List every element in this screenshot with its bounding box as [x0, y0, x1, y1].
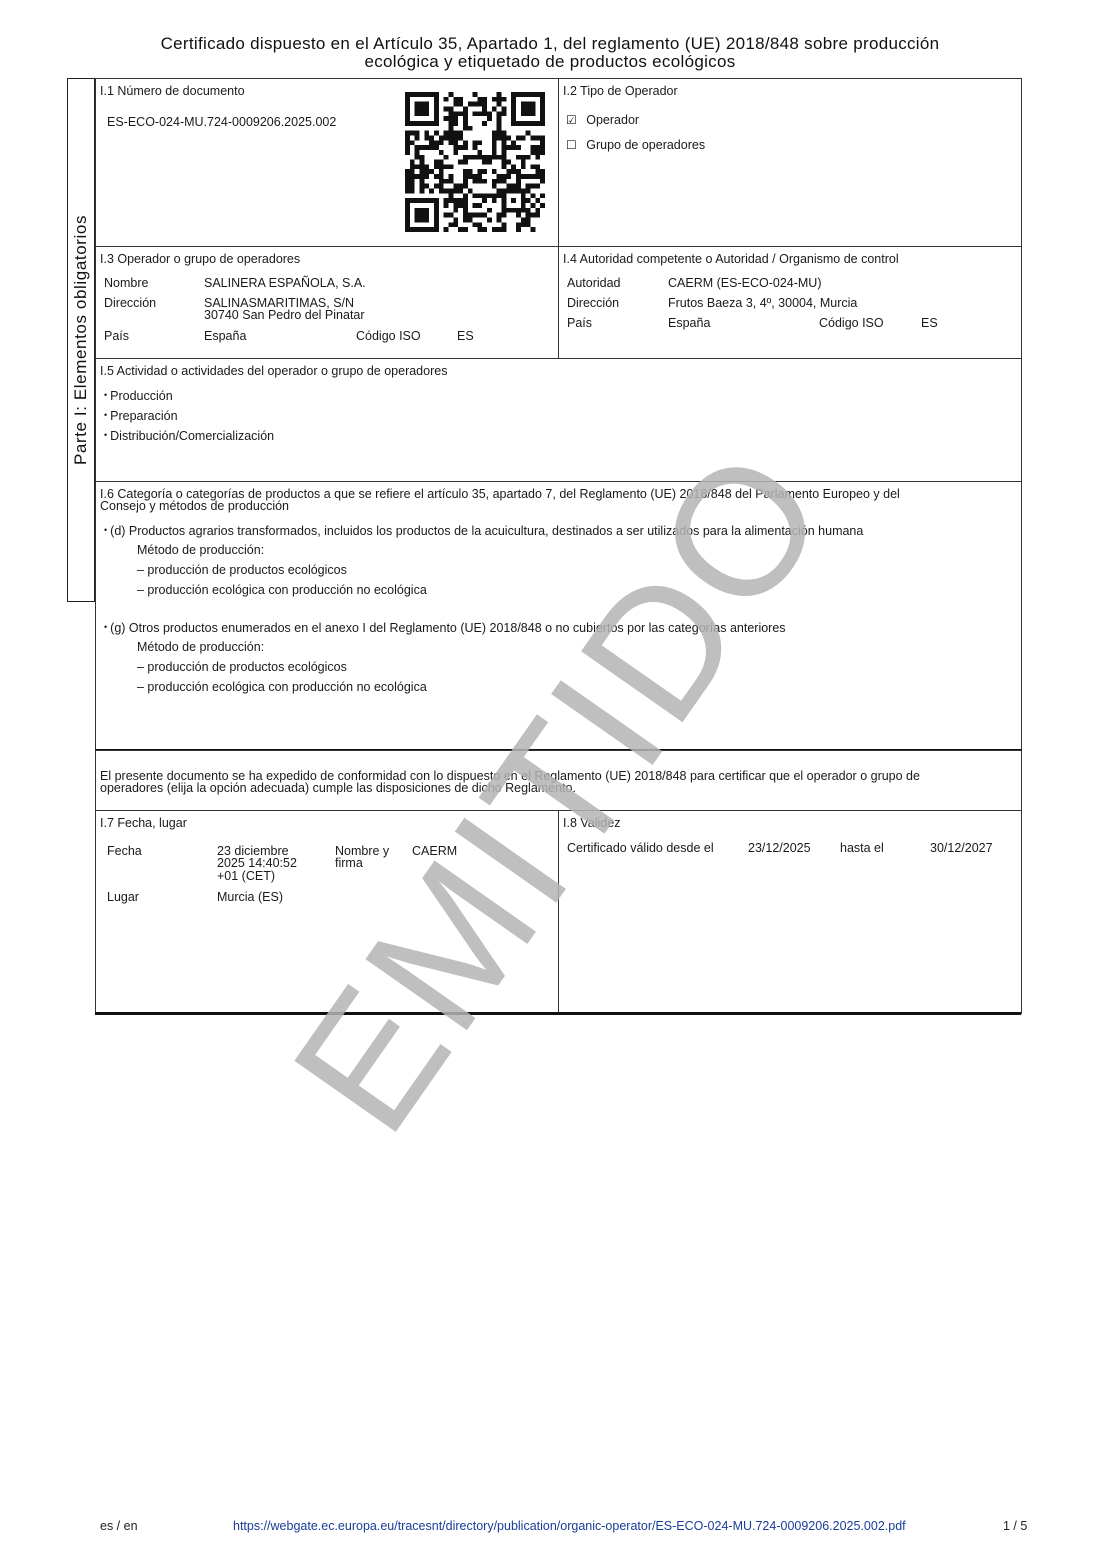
qr-code-icon [405, 92, 545, 232]
place-label: Lugar [107, 891, 139, 904]
footer-language: es / en [100, 1519, 138, 1533]
signature-label-line-2: firma [335, 857, 363, 870]
valid-to-value: 30/12/2027 [930, 842, 993, 855]
document-title-line-2: ecológica y etiquetado de productos ecol… [60, 53, 1040, 71]
category-d-method-label: Método de producción: [137, 544, 264, 557]
section-i4-authority: I.4 Autoridad competente o Autoridad / O… [558, 246, 1022, 359]
document-title: Certificado dispuesto en el Artículo 35,… [60, 35, 1040, 71]
category-g-method: – producción de productos ecológicos [137, 661, 347, 674]
part-side-label: Parte I: Elementos obligatorios [71, 215, 91, 465]
authority-value: CAERM (ES-ECO-024-MU) [668, 277, 822, 290]
operator-address-line-2: 30740 San Pedro del Pinatar [204, 309, 365, 322]
authority-iso-label: Código ISO [819, 317, 884, 330]
section-i2-header: I.2 Tipo de Operador [563, 85, 678, 98]
activity-item: •Distribución/Comercialización [104, 429, 274, 443]
authority-country-value: España [668, 317, 710, 330]
footer-url[interactable]: https://webgate.ec.europa.eu/tracesnt/di… [233, 1519, 906, 1533]
valid-from-value: 23/12/2025 [748, 842, 811, 855]
activity-item: •Producción [104, 389, 173, 403]
category-g-method: – producción ecológica con producción no… [137, 681, 427, 694]
authority-address-value: Frutos Baeza 3, 4º, 30004, Murcia [668, 297, 857, 310]
table-bottom-border [95, 1012, 1021, 1015]
document-number: ES-ECO-024-MU.724-0009206.2025.002 [107, 116, 336, 129]
part-side-panel: Parte I: Elementos obligatorios [67, 78, 95, 602]
section-i1-header: I.1 Número de documento [100, 85, 245, 98]
authority-label: Autoridad [567, 277, 621, 290]
operator-name-label: Nombre [104, 277, 148, 290]
category-d-method: – producción de productos ecológicos [137, 564, 347, 577]
checkbox-unchecked-icon[interactable]: ☐ [566, 138, 577, 152]
section-i5-header: I.5 Actividad o actividades del operador… [100, 365, 447, 378]
section-i8-header: I.8 Validez [563, 817, 620, 830]
operator-type-label: Grupo de operadores [586, 138, 705, 152]
checkbox-checked-icon[interactable]: ☑ [566, 113, 577, 127]
conformity-statement: El presente documento se ha expedido de … [95, 750, 1022, 811]
valid-to-label: hasta el [840, 842, 884, 855]
section-i3-header: I.3 Operador o grupo de operadores [100, 253, 300, 266]
operator-country-value: España [204, 330, 246, 343]
section-i3-operator: I.3 Operador o grupo de operadores Nombr… [95, 246, 559, 359]
date-value-line-3: +01 (CET) [217, 870, 275, 883]
section-i6-categories: I.6 Categoría o categorías de productos … [95, 481, 1022, 750]
authority-country-label: País [567, 317, 592, 330]
section-i7-header: I.7 Fecha, lugar [100, 817, 187, 830]
category-d-title: •(d) Productos agrarios transformados, i… [104, 524, 863, 538]
operator-country-label: País [104, 330, 129, 343]
operator-type-option-operator[interactable]: ☑ Operador [566, 114, 639, 127]
operator-iso-label: Código ISO [356, 330, 421, 343]
operator-iso-value: ES [457, 330, 474, 343]
category-g-title: •(g) Otros productos enumerados en el an… [104, 621, 786, 635]
section-i6-header-line-2: Consejo y métodos de producción [100, 500, 289, 513]
signature-value: CAERM [412, 845, 457, 858]
activity-item: •Preparación [104, 409, 178, 423]
document-title-line-1: Certificado dispuesto en el Artículo 35,… [60, 35, 1040, 53]
section-i4-header: I.4 Autoridad competente o Autoridad / O… [563, 253, 899, 266]
authority-address-label: Dirección [567, 297, 619, 310]
footer-page-number: 1 / 5 [1003, 1519, 1027, 1533]
valid-from-label: Certificado válido desde el [567, 842, 714, 855]
date-label: Fecha [107, 845, 142, 858]
section-i7-date-place: I.7 Fecha, lugar Fecha 23 diciembre 2025… [95, 810, 559, 1014]
operator-address-label: Dirección [104, 297, 156, 310]
section-i5-activities: I.5 Actividad o actividades del operador… [95, 358, 1022, 482]
footer-url-link[interactable]: https://webgate.ec.europa.eu/tracesnt/di… [233, 1519, 906, 1533]
operator-name-value: SALINERA ESPAÑOLA, S.A. [204, 277, 366, 290]
operator-type-label: Operador [586, 113, 639, 127]
operator-type-option-group[interactable]: ☐ Grupo de operadores [566, 139, 705, 152]
authority-iso-value: ES [921, 317, 938, 330]
section-i2-operator-type: I.2 Tipo de Operador ☑ Operador ☐ Grupo … [558, 78, 1022, 247]
category-g-method-label: Método de producción: [137, 641, 264, 654]
place-value: Murcia (ES) [217, 891, 283, 904]
category-d-method: – producción ecológica con producción no… [137, 584, 427, 597]
section-i8-validity: I.8 Validez Certificado válido desde el … [558, 810, 1022, 1014]
statement-line-2: operadores (elija la opción adecuada) cu… [100, 782, 576, 795]
